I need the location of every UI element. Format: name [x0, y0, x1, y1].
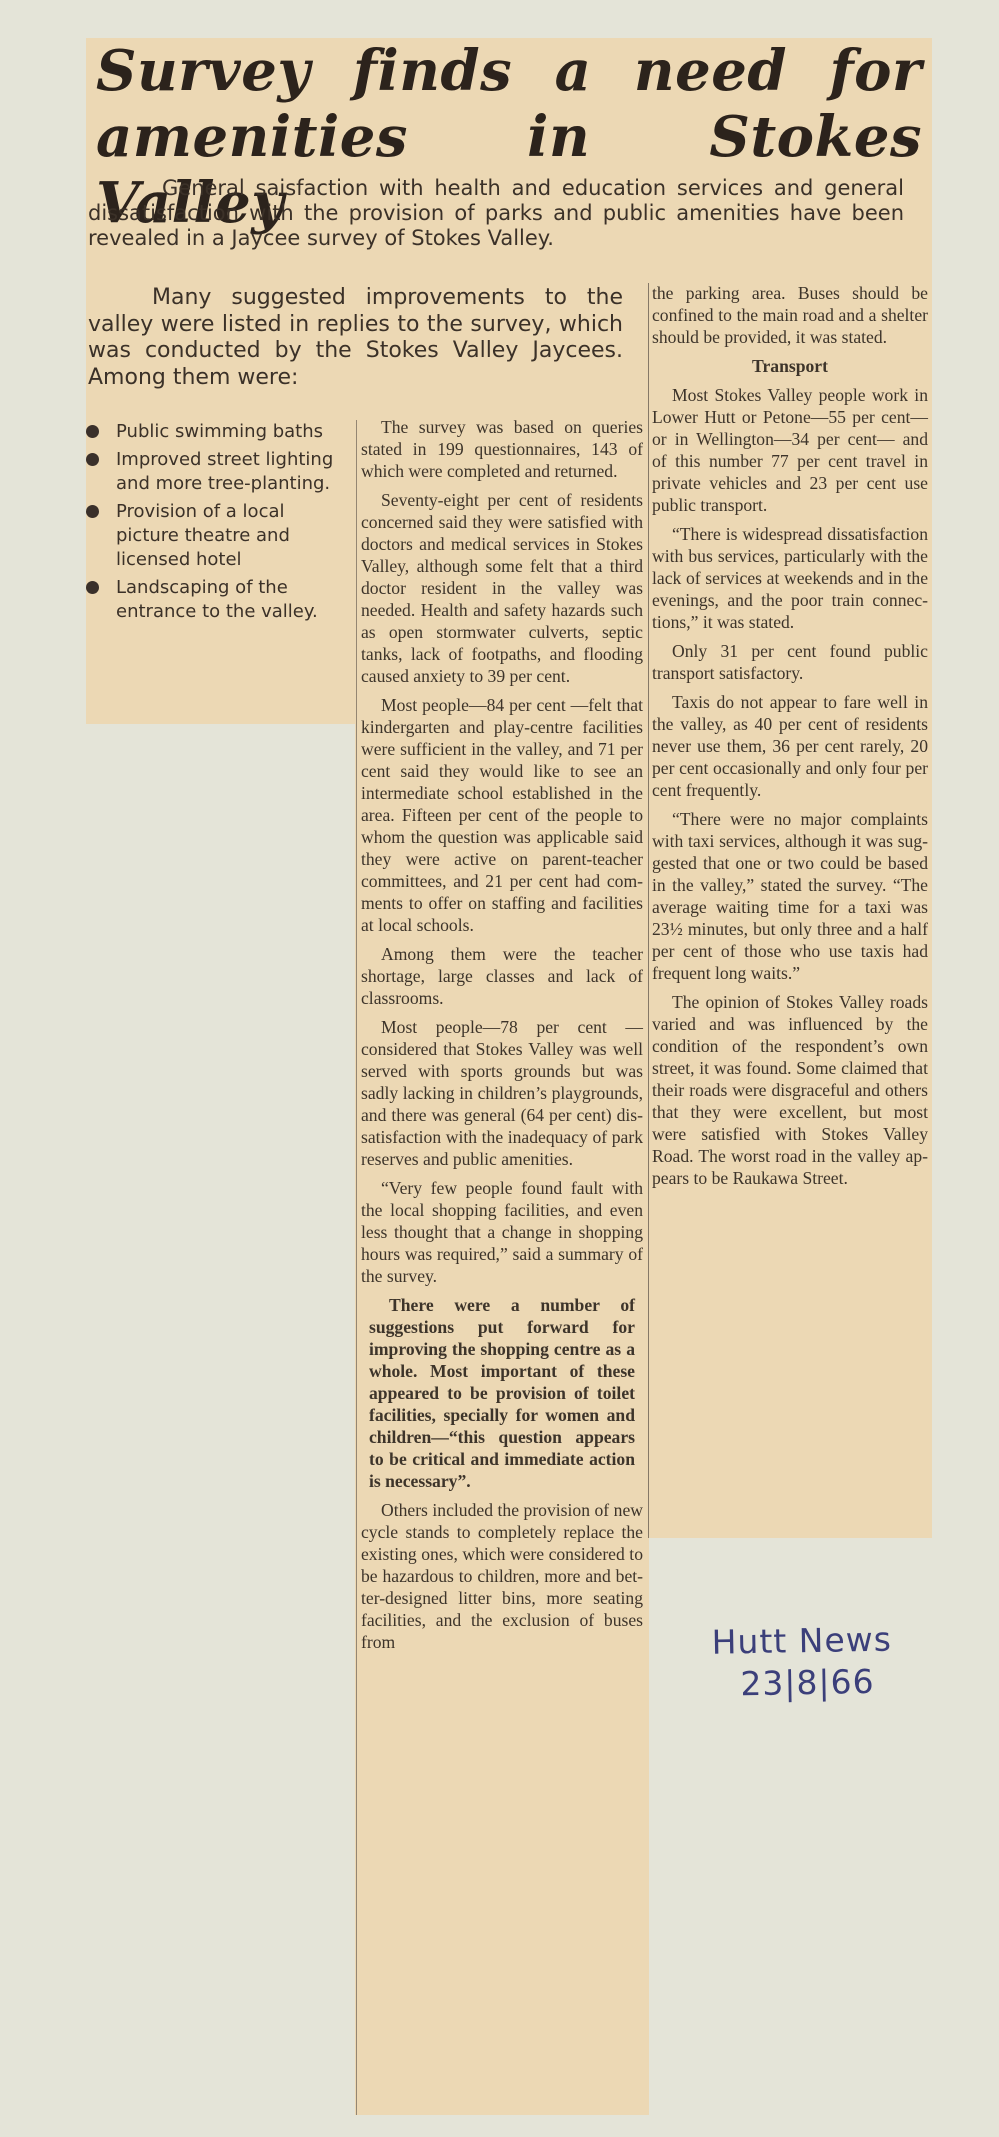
list-item: Landscaping of the entrance to the valle… — [84, 576, 334, 624]
paragraph: “There were no major complaints with tax… — [652, 808, 928, 984]
bullet-icon — [86, 453, 99, 466]
right-column: the parking area. Buses should be confin… — [652, 282, 928, 1196]
publication-date: 23|8|66 — [712, 1660, 913, 1705]
paragraph: The survey was based on queries stated i… — [361, 416, 643, 482]
list-item-text: Landscaping of the entrance to the valle… — [116, 577, 318, 622]
list-item: Provision of a local picture theatre and… — [84, 500, 334, 572]
paragraph: Seventy-eight per cent of residents conc… — [361, 489, 643, 687]
paragraph: Taxis do not appear to fare well in the … — [652, 691, 928, 801]
paragraph: “There is widespread dis­satisfaction wi… — [652, 523, 928, 633]
headline-line-1: Survey finds a need for — [96, 38, 922, 104]
middle-column: The survey was based on queries stated i… — [361, 416, 643, 1660]
publication-name: Hutt News — [711, 1620, 892, 1662]
paragraph: “Very few people found fault with the lo… — [361, 1177, 643, 1287]
column-rule — [356, 420, 357, 2115]
suggestions-list: Public swimming baths Improved street li… — [84, 420, 334, 628]
bullet-icon — [86, 425, 99, 438]
list-item: Public swimming baths — [84, 420, 334, 444]
column-rule — [648, 283, 649, 1538]
paragraph: Among them were the teacher shortage, la… — [361, 943, 643, 1009]
paragraph: Most people—78 per cent —considered that… — [361, 1016, 643, 1170]
list-item: Improved street lighting and more tree-p… — [84, 448, 334, 496]
paragraph: the parking area. Buses should be confin… — [652, 282, 928, 348]
section-heading: Transport — [652, 355, 928, 377]
paragraph: Others included the pro­vision of new cy… — [361, 1499, 643, 1653]
handwritten-annotation: Hutt News 23|8|66 — [711, 1618, 912, 1705]
paragraph: The opinion of Stokes Valley roads varie… — [652, 991, 928, 1189]
bullet-icon — [86, 581, 99, 594]
paragraph: Only 31 per cent found public transport … — [652, 640, 928, 684]
list-item-text: Improved street lighting and more tree-p… — [116, 449, 333, 494]
paragraph: Most people—84 per cent —felt that kinde… — [361, 694, 643, 936]
intro-text: Many suggested improvements to the valle… — [88, 285, 623, 391]
standfirst-text: General saisfaction with health and educ… — [88, 176, 904, 251]
intro: Many suggested improvements to the valle… — [88, 285, 623, 391]
standfirst: General saisfaction with health and educ… — [86, 176, 932, 251]
paragraph: Most Stokes Valley people work in Lower … — [652, 384, 928, 516]
bold-paragraph: There were a number of suggestions put f… — [361, 1294, 643, 1492]
bullet-icon — [86, 505, 99, 518]
list-item-text: Provision of a local picture theatre and… — [116, 501, 290, 570]
list-item-text: Public swimming baths — [116, 421, 323, 442]
